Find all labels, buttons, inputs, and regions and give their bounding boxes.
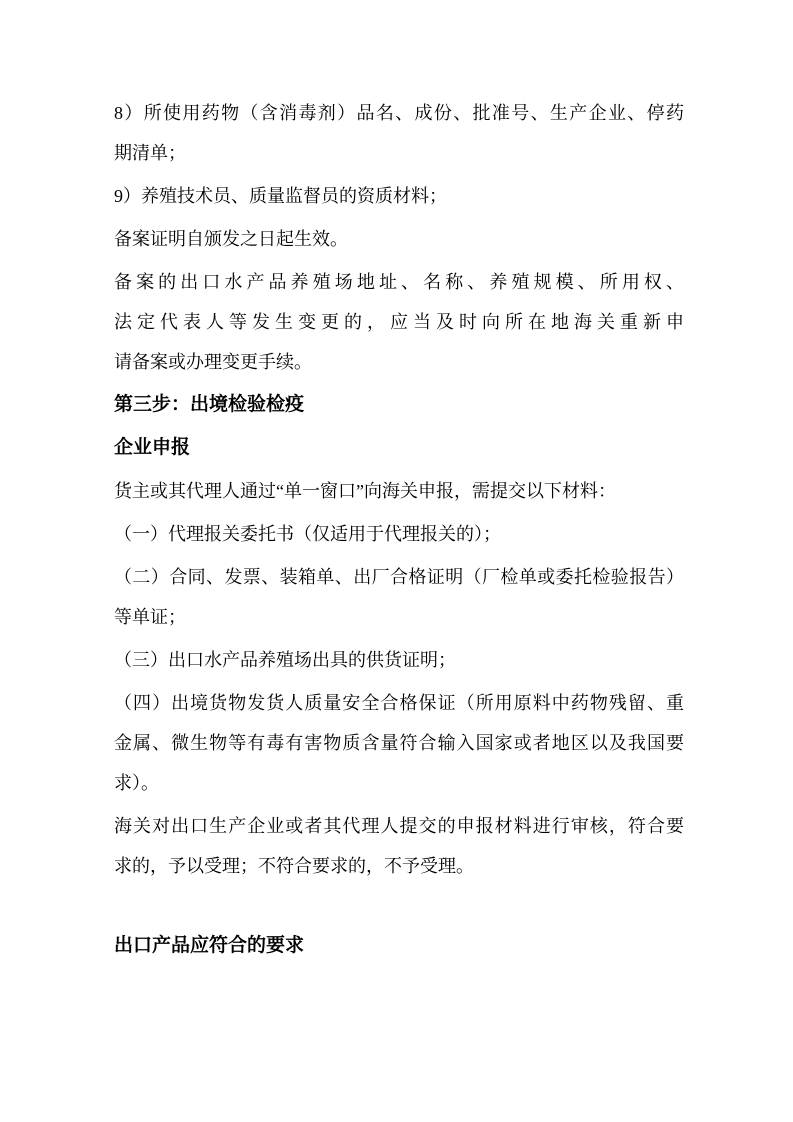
text-line: （四）出境货物发货人质量安全合格保证（所用原料中药物残留、重: [114, 683, 684, 723]
heading-text: 出口产品应符合的要求: [114, 926, 684, 966]
paragraph-record-effective: 备案证明自颁发之日起生效。: [114, 219, 684, 259]
text-line: 备案证明自颁发之日起生效。: [114, 219, 684, 259]
paragraph-material-4: （四）出境货物发货人质量安全合格保证（所用原料中药物残留、重 金属、微生物等有毒…: [114, 683, 684, 803]
paragraph-declaration-intro: 货主或其代理人通过“单一窗口”向海关申报，需提交以下材料：: [114, 471, 684, 511]
heading-step3-exit-inspection: 第三步：出境检验检疫: [114, 385, 684, 425]
text-line: （一）代理报关委托书（仅适用于代理报关的）；: [114, 514, 684, 554]
paragraph-customs-review: 海关对出口生产企业或者其代理人提交的申报材料进行审核，符合要 求的，予以受理；不…: [114, 806, 684, 886]
text-line: 请备案或办理变更手续。: [114, 342, 684, 382]
text-line: 8）所使用药物（含消毒剂）品名、成份、批准号、生产企业、停药: [114, 93, 684, 133]
text-line: 货主或其代理人通过“单一窗口”向海关申报，需提交以下材料：: [114, 471, 684, 511]
text-line: 求）。: [114, 763, 684, 803]
text-line: 9）养殖技术员、质量监督员的资质材料；: [114, 176, 684, 216]
paragraph-drug-list: 8）所使用药物（含消毒剂）品名、成份、批准号、生产企业、停药 期清单；: [114, 93, 684, 173]
heading-text: 企业申报: [114, 428, 684, 468]
text-line: 海关对出口生产企业或者其代理人提交的申报材料进行审核，符合要: [114, 806, 684, 846]
paragraph-material-1: （一）代理报关委托书（仅适用于代理报关的）；: [114, 514, 684, 554]
text-line: 备案的出口水产品养殖场地址、名称、养殖规模、所用权、: [114, 262, 684, 302]
heading-export-product-requirements: 出口产品应符合的要求: [114, 926, 684, 966]
document-body: 8）所使用药物（含消毒剂）品名、成份、批准号、生产企业、停药 期清单； 9）养殖…: [114, 93, 684, 969]
paragraph-material-3: （三）出口水产品养殖场出具的供货证明；: [114, 640, 684, 680]
paragraph-staff-qualifications: 9）养殖技术员、质量监督员的资质材料；: [114, 176, 684, 216]
document-page: 8）所使用药物（含消毒剂）品名、成份、批准号、生产企业、停药 期清单； 9）养殖…: [0, 0, 793, 1122]
text-line: （二）合同、发票、装箱单、出厂合格证明（厂检单或委托检验报告）: [114, 557, 684, 597]
paragraph-record-changes: 备案的出口水产品养殖场地址、名称、养殖规模、所用权、 法定代表人等发生变更的，应…: [114, 262, 684, 382]
text-line: 期清单；: [114, 133, 684, 173]
heading-enterprise-declaration: 企业申报: [114, 428, 684, 468]
text-line: 求的，予以受理；不符合要求的，不予受理。: [114, 846, 684, 886]
paragraph-material-2: （二）合同、发票、装箱单、出厂合格证明（厂检单或委托检验报告） 等单证；: [114, 557, 684, 637]
text-line: 等单证；: [114, 597, 684, 637]
text-line: （三）出口水产品养殖场出具的供货证明；: [114, 640, 684, 680]
text-line: 金属、微生物等有毒有害物质含量符合输入国家或者地区以及我国要: [114, 723, 684, 763]
text-line: 法定代表人等发生变更的，应当及时向所在地海关重新申: [114, 302, 684, 342]
heading-text: 第三步：出境检验检疫: [114, 385, 684, 425]
